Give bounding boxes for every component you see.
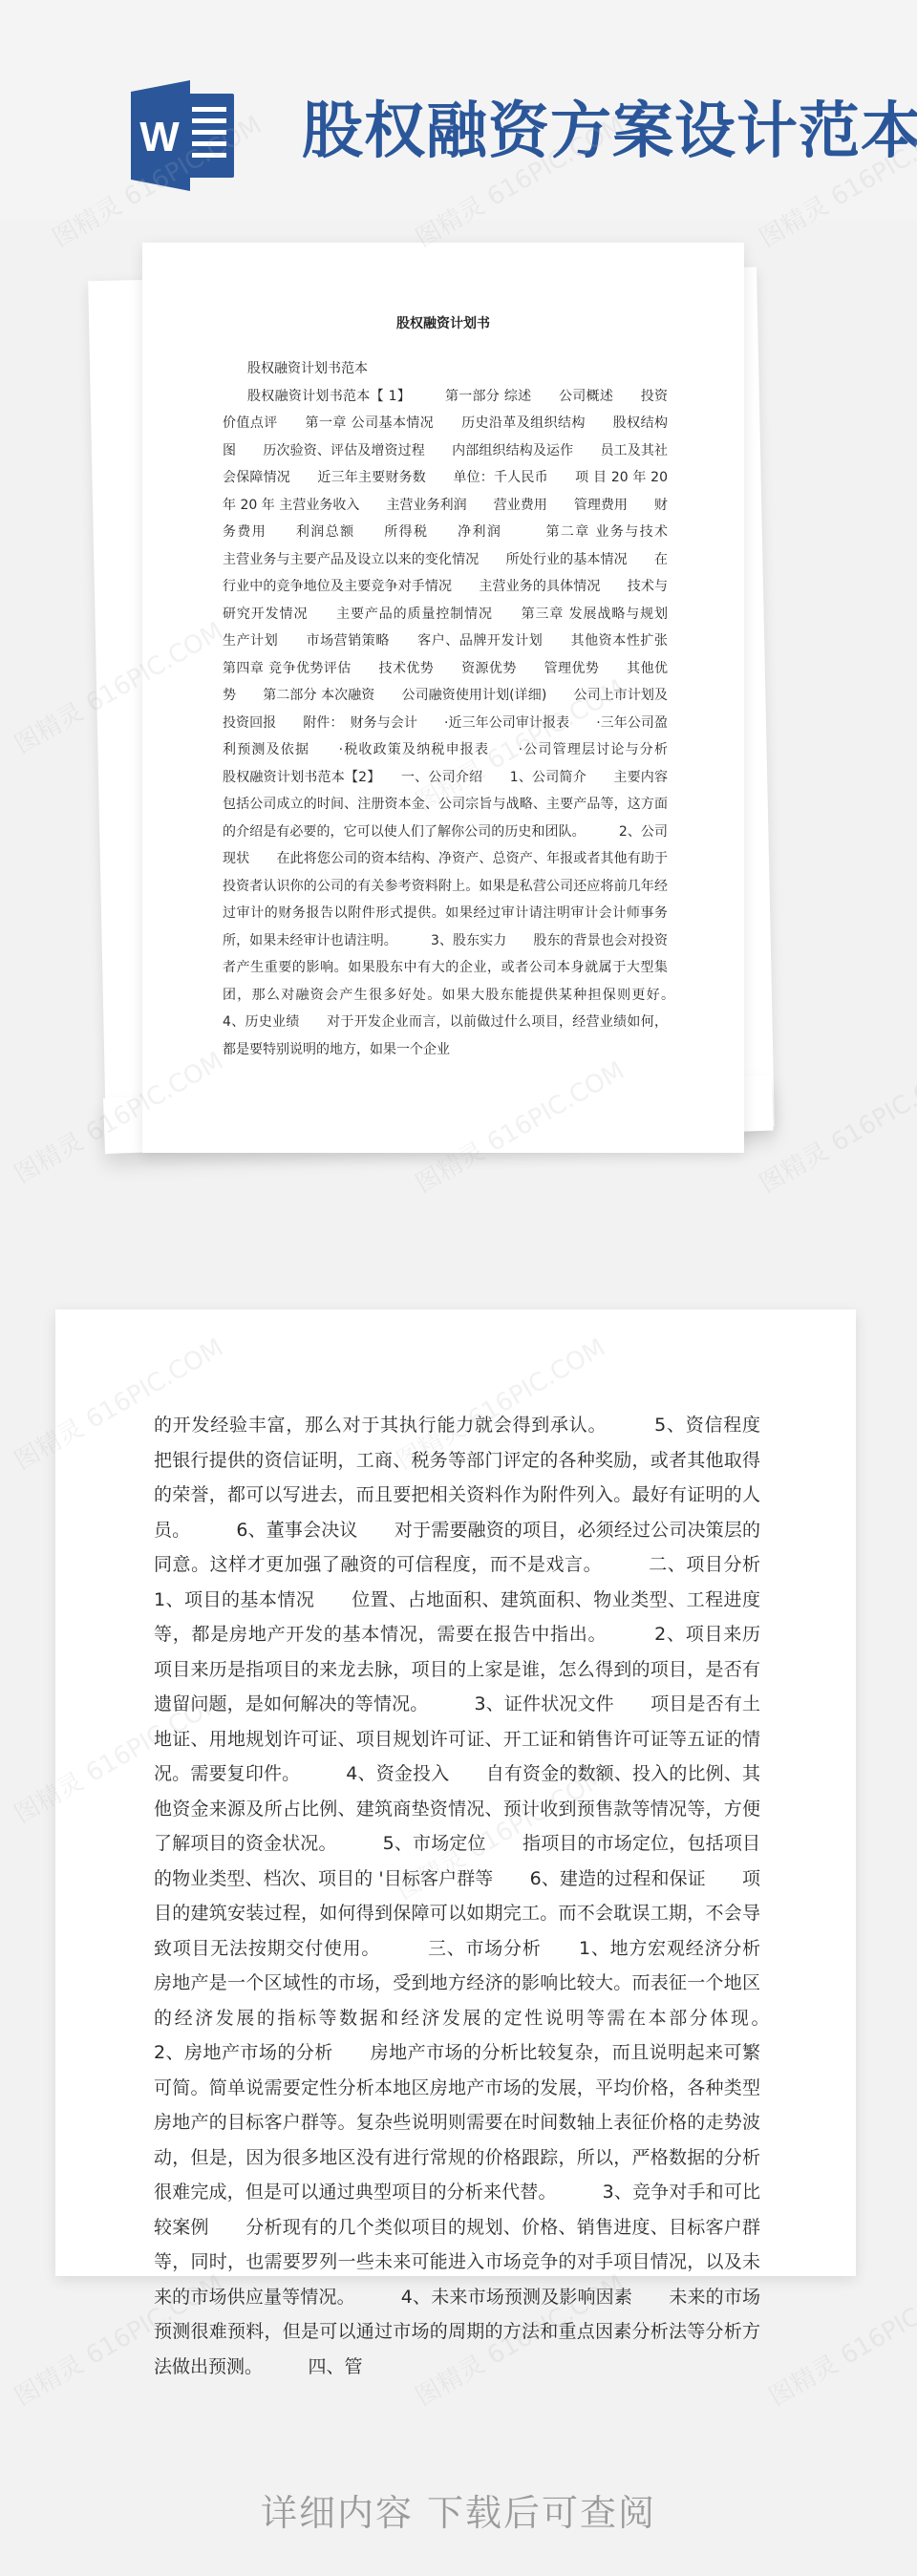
download-to-view-notice: 详细内容 下载后可查阅: [0, 2483, 917, 2536]
document-page-1: 股权融资计划书 股权融资计划书范本 股权融资计划书范本【 1】 第一部分 综述 …: [142, 243, 744, 1153]
paragraph: 股权融资计划书范本: [223, 355, 668, 383]
paragraph: 的开发经验丰富，那么对于其执行能力就会得到承认。 5、资信程度 把银行提供的资信…: [154, 1408, 760, 2384]
paragraph: 股权融资计划书范本【 1】 第一部分 综述 公司概述 投资价值点评 第一章 公司…: [223, 383, 668, 1064]
page-2-body: 的开发经验丰富，那么对于其执行能力就会得到承认。 5、资信程度 把银行提供的资信…: [154, 1408, 760, 2384]
banner-title: 股权融资方案设计范本: [302, 94, 917, 170]
document-page-2: 的开发经验丰富，那么对于其执行能力就会得到承认。 5、资信程度 把银行提供的资信…: [55, 1309, 856, 2276]
page-1-body: 股权融资计划书范本 股权融资计划书范本【 1】 第一部分 综述 公司概述 投资价…: [223, 355, 668, 1063]
svg-text:W: W: [139, 114, 180, 160]
document-title: 股权融资计划书: [142, 313, 744, 332]
word-document-icon: W: [125, 80, 244, 191]
header-banner: W 股权融资方案设计范本: [0, 0, 917, 220]
watermark: 图精灵 616PIC.COM: [752, 1052, 917, 1200]
watermark: 图精灵 616PIC.COM: [761, 2265, 917, 2413]
